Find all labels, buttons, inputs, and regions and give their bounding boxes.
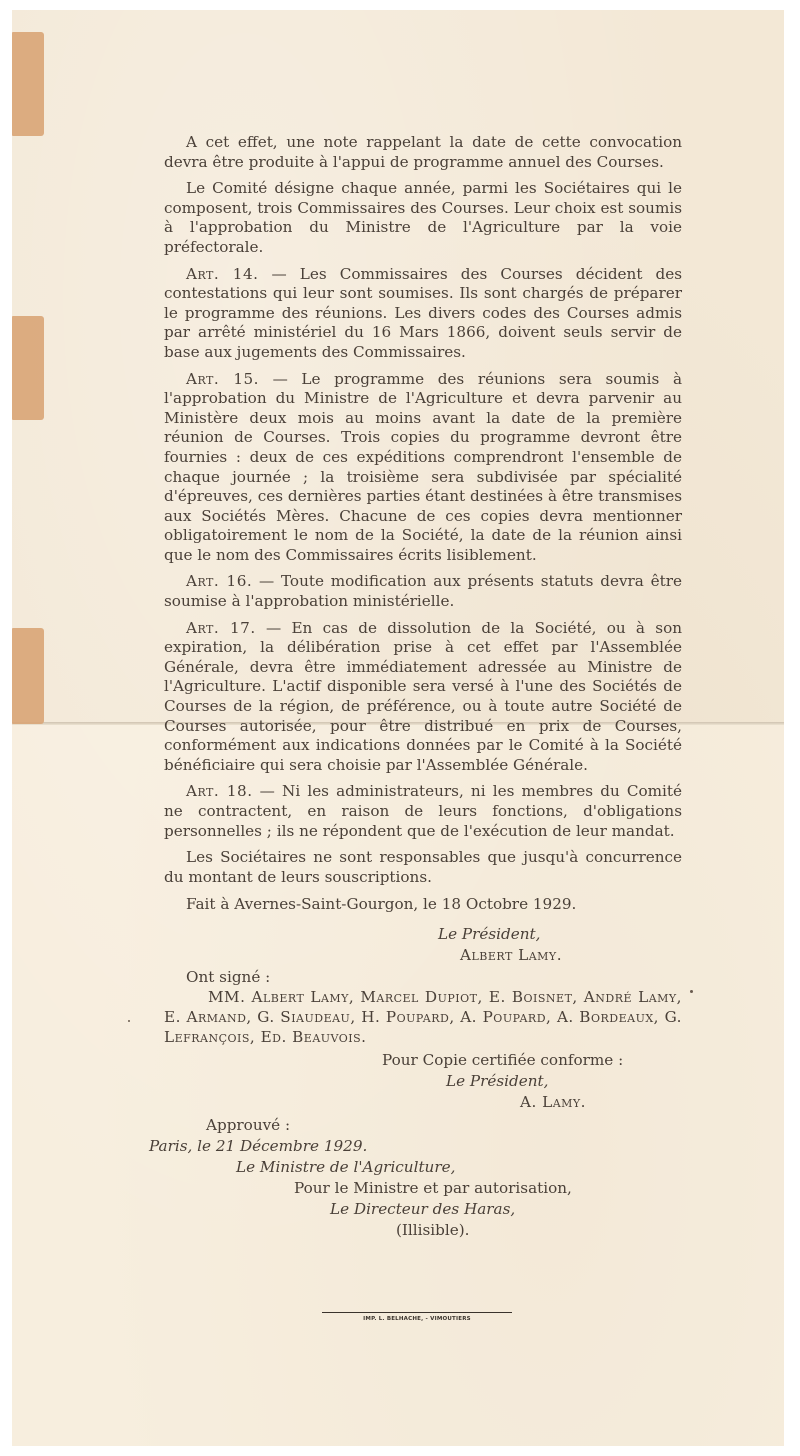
president-name-2: A. Lamy.	[164, 1092, 682, 1113]
article-16: Art. 16. — Toute modification aux présen…	[164, 572, 682, 611]
article-label: Art. 15.	[186, 370, 259, 388]
article-14: Art. 14. — Les Commissaires des Courses …	[164, 265, 682, 363]
tape-strip-bottom	[12, 628, 44, 724]
fait-a-date: Fait à Avernes-Saint-Gourgon, le 18 Octo…	[164, 894, 682, 915]
article-15: Art. 15. — Le programme des réunions ser…	[164, 370, 682, 566]
president-title-2: Le Président,	[164, 1071, 682, 1092]
article-17: Art. 17. — En cas de dissolution de la S…	[164, 619, 682, 776]
article-label: Art. 18.	[186, 782, 253, 800]
printer-rule	[322, 1312, 512, 1313]
president-title: Le Président,	[164, 924, 682, 945]
ink-speck	[690, 990, 693, 993]
certified-copy: Pour Copie certifiée conforme :	[164, 1050, 682, 1071]
director-title: Le Directeur des Haras,	[164, 1199, 682, 1220]
article-label: Art. 17.	[186, 619, 256, 637]
printer-imprint: IMP. L. BELHACHE, - VIMOUTIERS	[322, 1316, 512, 1322]
signatories-list: MM. Albert Lamy, Marcel Dupiot, E. Boisn…	[164, 988, 682, 1047]
paragraph-convocation: A cet effet, une note rappelant la date …	[164, 133, 682, 172]
tape-strip-top	[12, 32, 44, 136]
minister-title: Le Ministre de l'Agriculture,	[164, 1157, 682, 1178]
approuve-label: Approuvé :	[164, 1115, 682, 1136]
document-body: A cet effet, une note rappelant la date …	[164, 133, 682, 1241]
paragraph-responsabilite: Les Sociétaires ne sont responsables que…	[164, 848, 682, 887]
ink-speck	[128, 1020, 130, 1022]
article-text: — Le programme des réunions sera soumis …	[164, 370, 682, 564]
article-18: Art. 18. — Ni les administrateurs, ni le…	[164, 782, 682, 841]
article-label: Art. 16.	[186, 572, 252, 590]
paragraph-comite: Le Comité désigne chaque année, parmi le…	[164, 179, 682, 257]
article-label: Art. 14.	[186, 265, 258, 283]
for-minister: Pour le Ministre et par autorisation,	[164, 1178, 682, 1199]
paris-date: Paris, le 21 Décembre 1929.	[149, 1136, 682, 1157]
article-text: — En cas de dissolution de la Société, o…	[164, 619, 682, 774]
tape-strip-middle	[12, 316, 44, 420]
president-name: Albert Lamy.	[164, 945, 682, 966]
ont-signe-label: Ont signé :	[164, 967, 682, 988]
illegible-signature: (Illisible).	[164, 1220, 682, 1241]
